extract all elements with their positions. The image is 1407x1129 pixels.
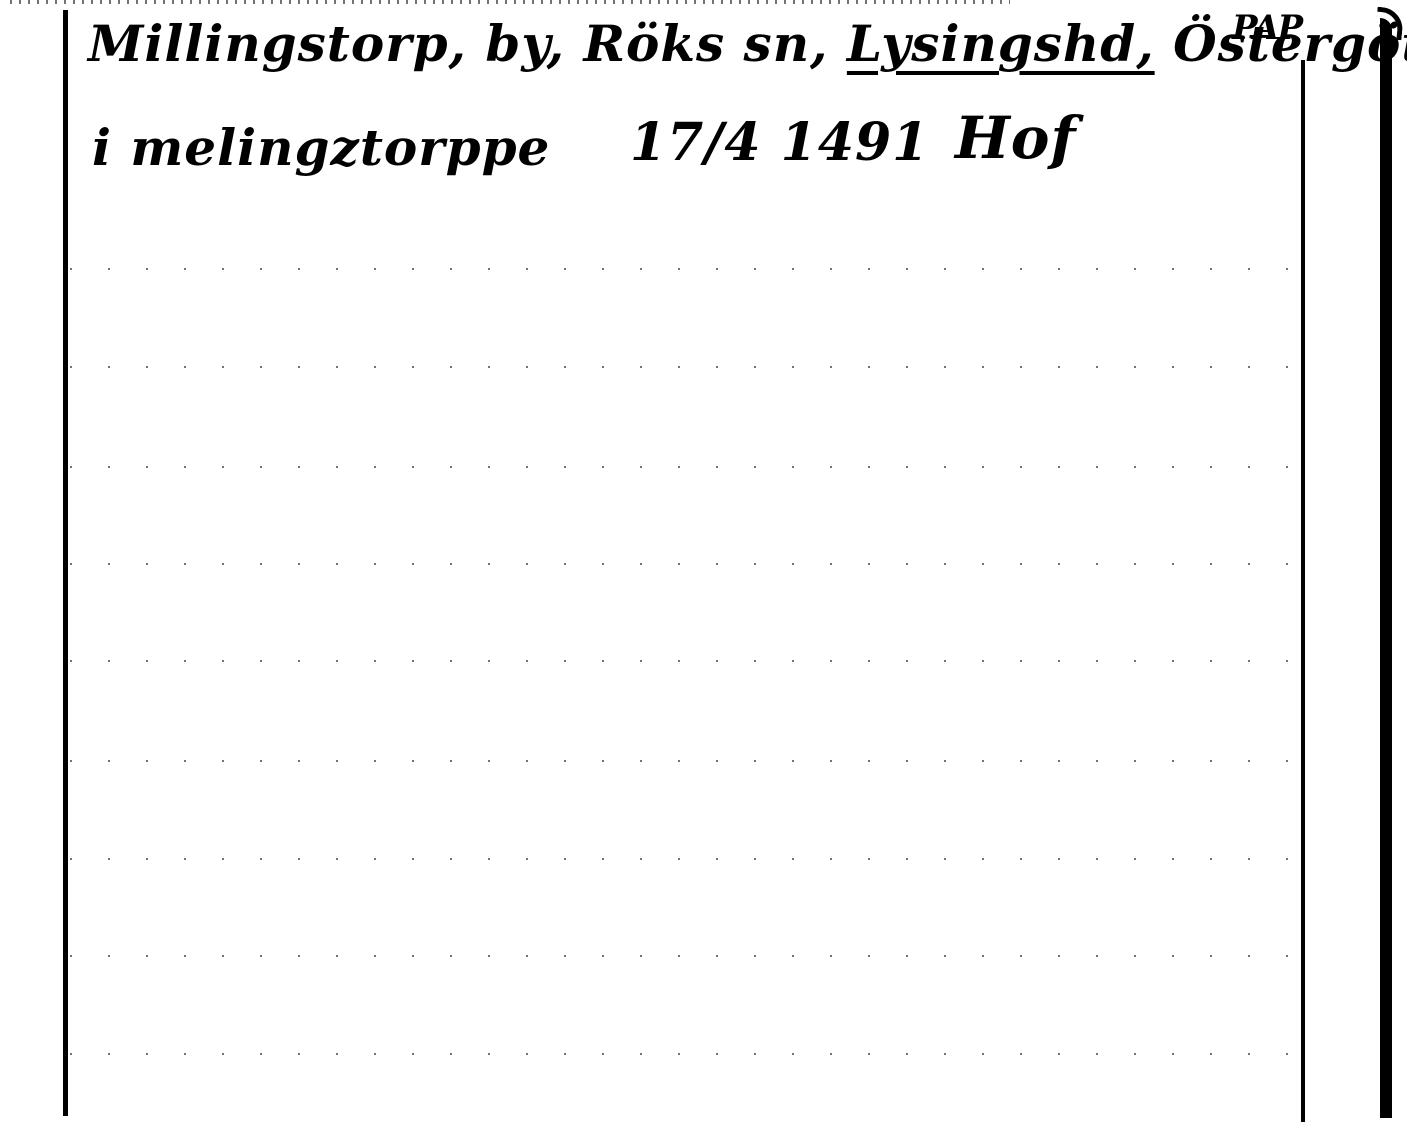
settlement-category: by, <box>485 14 565 73</box>
right-margin-rule <box>1301 60 1305 1122</box>
ruled-line <box>70 660 1300 662</box>
ruled-line <box>70 563 1300 565</box>
source-mark: PAP <box>1232 8 1301 48</box>
ruled-line <box>70 268 1300 270</box>
ruled-line <box>70 466 1300 468</box>
headword-line: Millingstorp, by, Röks sn, Lysingshd, Ös… <box>88 14 1407 73</box>
ruled-line <box>70 955 1300 957</box>
scan-noise <box>10 0 1010 4</box>
ruled-line <box>70 366 1300 368</box>
scanned-card: Millingstorp, by, Röks sn, Lysingshd, Ös… <box>0 0 1407 1129</box>
ruled-line <box>70 858 1300 860</box>
left-margin-rule <box>63 10 68 1116</box>
ruled-line <box>70 760 1300 762</box>
ruled-line <box>70 1053 1300 1055</box>
attested-form: i melingztorppe <box>92 118 550 177</box>
source-signature: Hof <box>955 104 1076 172</box>
card-right-edge <box>1380 18 1392 1118</box>
district: Lysingshd, <box>847 14 1155 73</box>
attestation-date: 17/4 1491 <box>630 112 929 173</box>
place-name: Millingstorp, <box>88 14 467 73</box>
parish: Röks sn, <box>583 14 828 73</box>
